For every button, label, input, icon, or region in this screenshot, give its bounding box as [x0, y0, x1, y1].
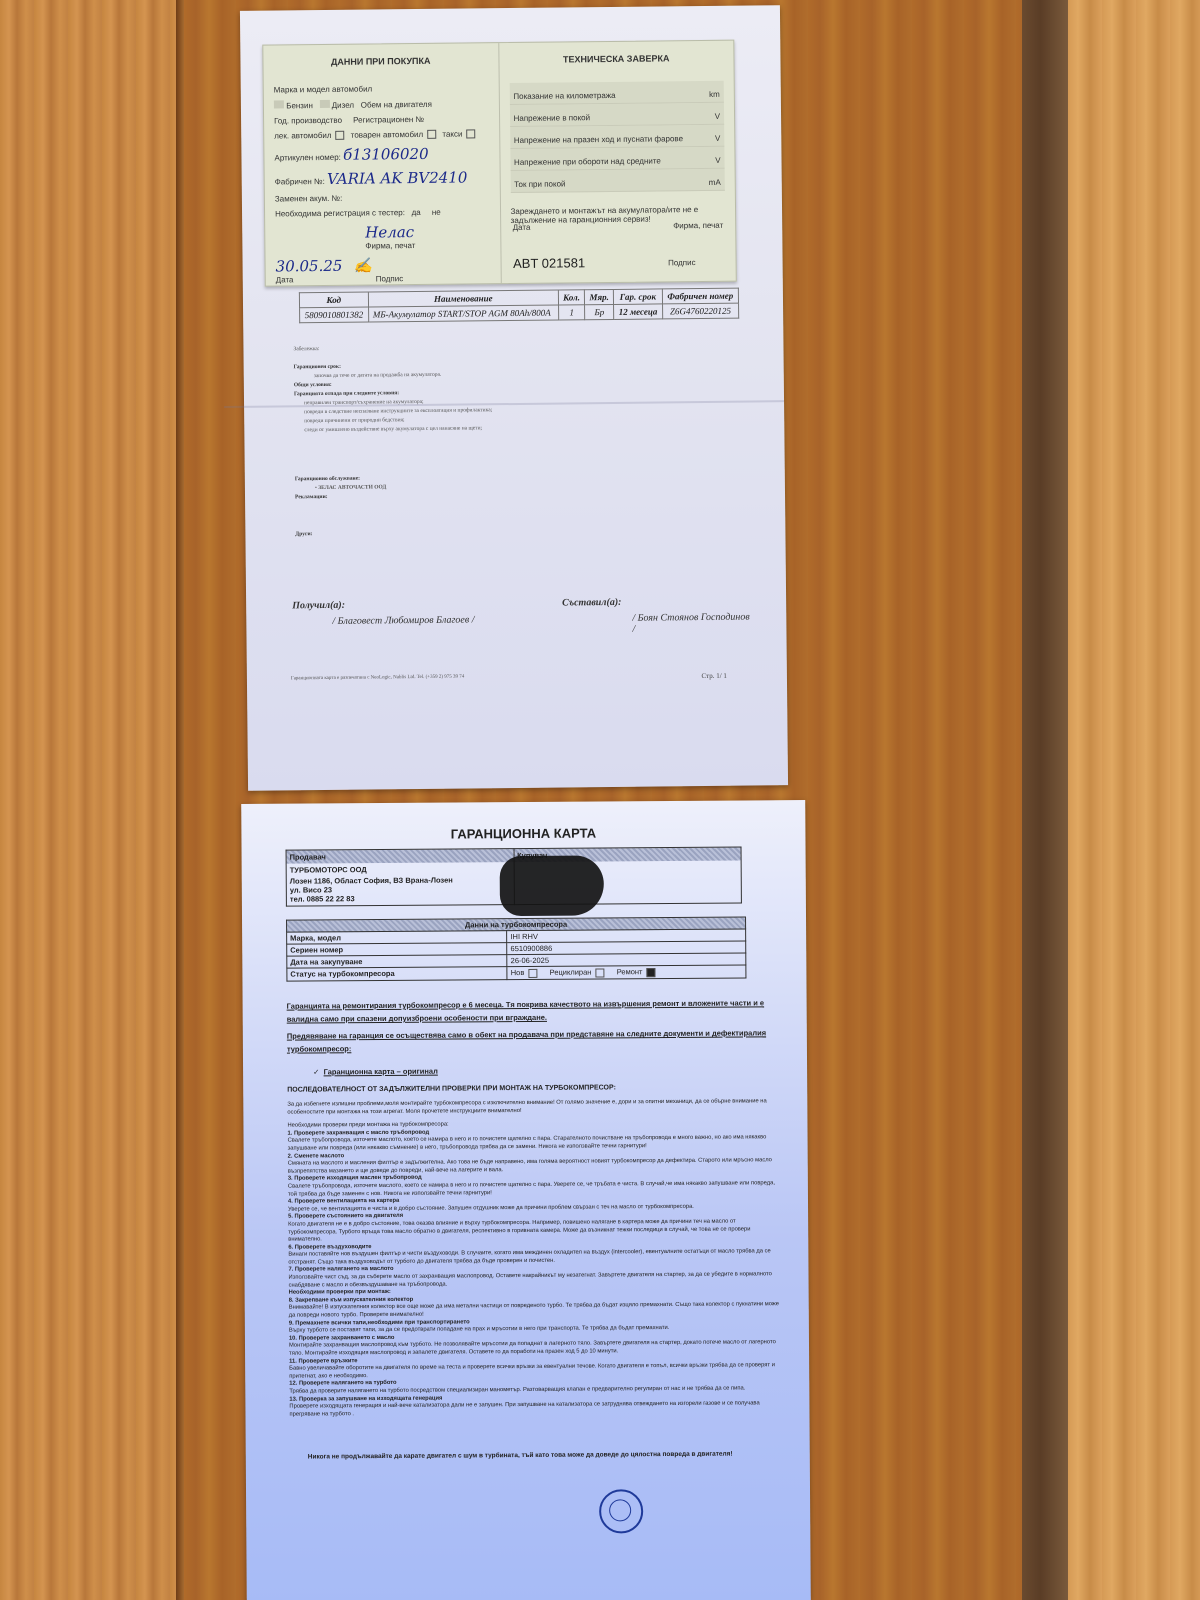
vehicle-type-row: лек. автомобил товарен автомобил такси	[274, 129, 489, 141]
tester-row: Необходима регистрация с тестер: да не	[275, 208, 490, 219]
status-new-label: Нов	[511, 968, 525, 977]
issued-name: / Боян Стоянов Господинов /	[632, 612, 752, 635]
redacted-buyer-info	[500, 855, 604, 916]
company-stamp-icon	[599, 1489, 643, 1533]
tech-row-unit: V	[715, 112, 720, 121]
article-no-row: Артикулен номер: б13106020	[274, 145, 489, 165]
factory-no-value: VARIA AK BV2410	[327, 169, 467, 188]
truck-checkbox[interactable]	[427, 130, 436, 139]
installation-instructions: За да избегнете излишни проблеми,моля мо…	[287, 1098, 781, 1419]
booklet-serial-number: ABT 021581	[513, 255, 585, 271]
issued-label: Съставил(а):	[562, 597, 621, 609]
page-number: Стр. 1/ 1	[701, 672, 727, 680]
status-repair-checkbox-checked[interactable]	[646, 968, 655, 977]
warranty-conditions: Забележка: Гаранционен срок: започва да …	[293, 340, 765, 539]
tech-row-label: Напрежение при обороти над средните	[514, 156, 661, 167]
battery-warranty-booklet: ДАННИ ПРИ ПОКУПКА Марка и модел автомоби…	[262, 40, 737, 287]
taxi-checkbox[interactable]	[466, 130, 475, 139]
cell-code: 5809010801382	[300, 307, 369, 323]
tech-row: Напрежение на празен ход и пуснати фаров…	[510, 125, 725, 149]
seller-phone: тел. 0885 22 22 83	[287, 893, 514, 906]
seller-cell: Продавач ТУРБОМОТОРС ООД Лозен 1186, Обл…	[286, 849, 514, 907]
final-warning: Никога не продължавайте да карате двигат…	[308, 1450, 790, 1460]
car-option: лек. автомобил	[274, 131, 331, 141]
tech-row: Напрежение в покойV	[509, 103, 724, 127]
factory-no-row: Фабричен №: VARIA AK BV2410	[275, 169, 490, 189]
technical-verification-section: ТЕХНИЧЕСКА ЗАВЕРКА Показание на километр…	[498, 41, 736, 283]
status-options: Нов Рециклиран Ремонт	[507, 965, 746, 979]
received-name: / Благовест Любомиров Благоев /	[332, 614, 474, 626]
taxi-option: такси	[442, 130, 462, 139]
company-stamp-row: Нелас Фирма, печат	[275, 223, 490, 252]
tech-row-unit: mA	[709, 178, 721, 187]
steps-list: 1. Проверете захранващия с масло тръбопр…	[287, 1127, 781, 1419]
tech-rows: Показание на километражаkm Напрежение в …	[509, 81, 725, 193]
tester-yes: да	[412, 208, 421, 217]
turbo-data-table: Данни на турбокомпресора Марка, моделIHI…	[286, 916, 746, 981]
cell-unit: Бр	[585, 304, 614, 319]
car-checkbox[interactable]	[335, 131, 344, 140]
warranty-paragraph-2: Предявяване на гаранция се осъществява с…	[287, 1026, 777, 1055]
status-recycled-checkbox[interactable]	[595, 968, 604, 977]
tech-sign-row: Дата Фирма, печат	[513, 221, 724, 232]
checks-title: ПОСЛЕДОВАТЕЛНОСТ ОТ ЗАДЪЛЖИТЕЛНИ ПРОВЕРК…	[287, 1080, 777, 1096]
tech-row: Напрежение при обороти над среднитеV	[510, 147, 725, 171]
notes-label: Забележка:	[293, 340, 763, 354]
step-text: Когато двигателя не е в добро състояние,…	[288, 1218, 780, 1244]
turbo-warranty-card: ГАРАНЦИОННА КАРТА Продавач ТУРБОМОТОРС О…	[241, 800, 811, 1600]
tech-date-label: Дата	[513, 223, 531, 232]
tech-row-label: Показание на километража	[513, 91, 615, 101]
year-reg-row: Год. производство Регистрационен №	[274, 114, 489, 125]
status-repair-label: Ремонт	[617, 967, 643, 976]
service-company-name: ЗЕЛАС АВТОЧАСТИ ООД	[318, 484, 386, 491]
col-code: Код	[299, 292, 368, 308]
fuel-petrol: Бензин	[286, 101, 313, 110]
tech-row-label: Ток при покой	[514, 179, 565, 189]
product-table: Код Наименование Кол. Мяр. Гар. срок Фаб…	[299, 288, 739, 324]
wall-gap	[1022, 0, 1068, 1600]
received-label: Получил(а):	[292, 600, 345, 612]
col-warranty: Гар. срок	[614, 289, 663, 305]
tech-row: Ток при покойmA	[510, 169, 725, 193]
tech-row-label: Напрежение на празен ход и пуснати фаров…	[514, 134, 683, 145]
required-document: ✓ Гаранционна карта – оригинал	[313, 1062, 777, 1078]
required-document-text: Гаранционна карта – оригинал	[324, 1067, 438, 1077]
tech-row-unit: V	[715, 134, 720, 143]
status-label: Статус на турбокомпресора	[287, 967, 507, 981]
col-unit: Мяр.	[585, 289, 614, 304]
engine-volume: Обем на двигателя	[361, 100, 432, 110]
table-row: Статус на турбокомпресора Нов Рециклиран…	[287, 965, 746, 981]
reg-no-field: Регистрационен №	[353, 115, 424, 125]
cell-serial: Z6G4760220125	[662, 303, 738, 319]
tech-company-label: Фирма, печат	[673, 221, 723, 231]
cell-qty: 1	[558, 305, 585, 320]
purchase-date-value: 30.05.25	[276, 257, 343, 276]
truck-option: товарен автомобил	[351, 130, 423, 140]
company-handwritten: Нелас	[365, 223, 414, 242]
signature-label: Подпис	[376, 275, 404, 284]
document-footer: Гаранционната карта е разпечатана с NeoL…	[291, 675, 464, 682]
tester-label: Необходима регистрация с тестер:	[275, 209, 405, 219]
tech-section-title: ТЕХНИЧЕСКА ЗАВЕРКА	[509, 53, 724, 65]
tech-row: Показание на километражаkm	[509, 81, 724, 105]
warranty-paragraph-2-text: Предявяване на гаранция се осъществява с…	[287, 1028, 766, 1053]
status-recycled-label: Рециклиран	[550, 968, 592, 977]
wood-background-left	[0, 0, 180, 1600]
handwritten-signature: ✍	[353, 257, 372, 275]
fine-print-block	[294, 430, 764, 475]
replaced-battery-field: Заменен акум. №:	[275, 193, 490, 204]
tech-row-unit: km	[709, 90, 720, 99]
status-new-checkbox[interactable]	[528, 968, 537, 977]
purchase-data-section: ДАННИ ПРИ ПОКУПКА Марка и модел автомоби…	[263, 43, 500, 285]
tech-signature-label: Подпис	[668, 258, 696, 267]
purchase-section-title: ДАННИ ПРИ ПОКУПКА	[273, 55, 488, 67]
year-field: Год. производство	[274, 116, 342, 126]
article-no-label: Артикулен номер:	[274, 153, 340, 163]
warranty-paragraph-1: Гаранцията на ремонтирания турбокомпресо…	[287, 996, 777, 1025]
factory-no-label: Фабричен №:	[275, 177, 325, 187]
col-serial: Фабричен номер	[662, 288, 738, 304]
cell-warranty: 12 месеца	[614, 304, 663, 320]
cell-name: МБ-Акумулатор START/STOP AGM 80Ah/800A	[368, 305, 558, 322]
signature-row: Получил(а): / Благовест Любомиров Благое…	[292, 596, 752, 601]
make-model-field: Марка и модел автомобил	[274, 83, 489, 94]
company-label: Фирма, печат	[365, 241, 415, 251]
date-label: Дата	[276, 276, 294, 285]
article-no-value: б13106020	[343, 145, 429, 164]
step-text: Проверете изходящата генерация и най-веч…	[289, 1400, 781, 1419]
card-title: ГАРАНЦИОННА КАРТА	[241, 824, 805, 843]
warranty-paragraph-1-text: Гаранцията на ремонтирания турбокомпресо…	[287, 998, 765, 1023]
fuel-row: Бензин Дизел Обем на двигателя	[274, 98, 489, 110]
checkmark-icon: ✓	[313, 1067, 319, 1076]
date-signature-row: 30.05.25 ✍ Дата Подпис	[276, 256, 491, 285]
battery-warranty-document: ДАННИ ПРИ ПОКУПКА Марка и модел автомоби…	[240, 5, 788, 791]
tech-row-label: Напрежение в покой	[514, 113, 591, 123]
tester-no: не	[432, 208, 441, 217]
col-qty: Кол.	[558, 290, 585, 305]
tech-row-unit: V	[715, 156, 720, 165]
wood-background-right	[1068, 0, 1200, 1600]
table-edge	[176, 0, 184, 1600]
table-row: 5809010801382 МБ-Акумулатор START/STOP A…	[300, 303, 739, 323]
fuel-diesel: Дизел	[332, 101, 354, 110]
